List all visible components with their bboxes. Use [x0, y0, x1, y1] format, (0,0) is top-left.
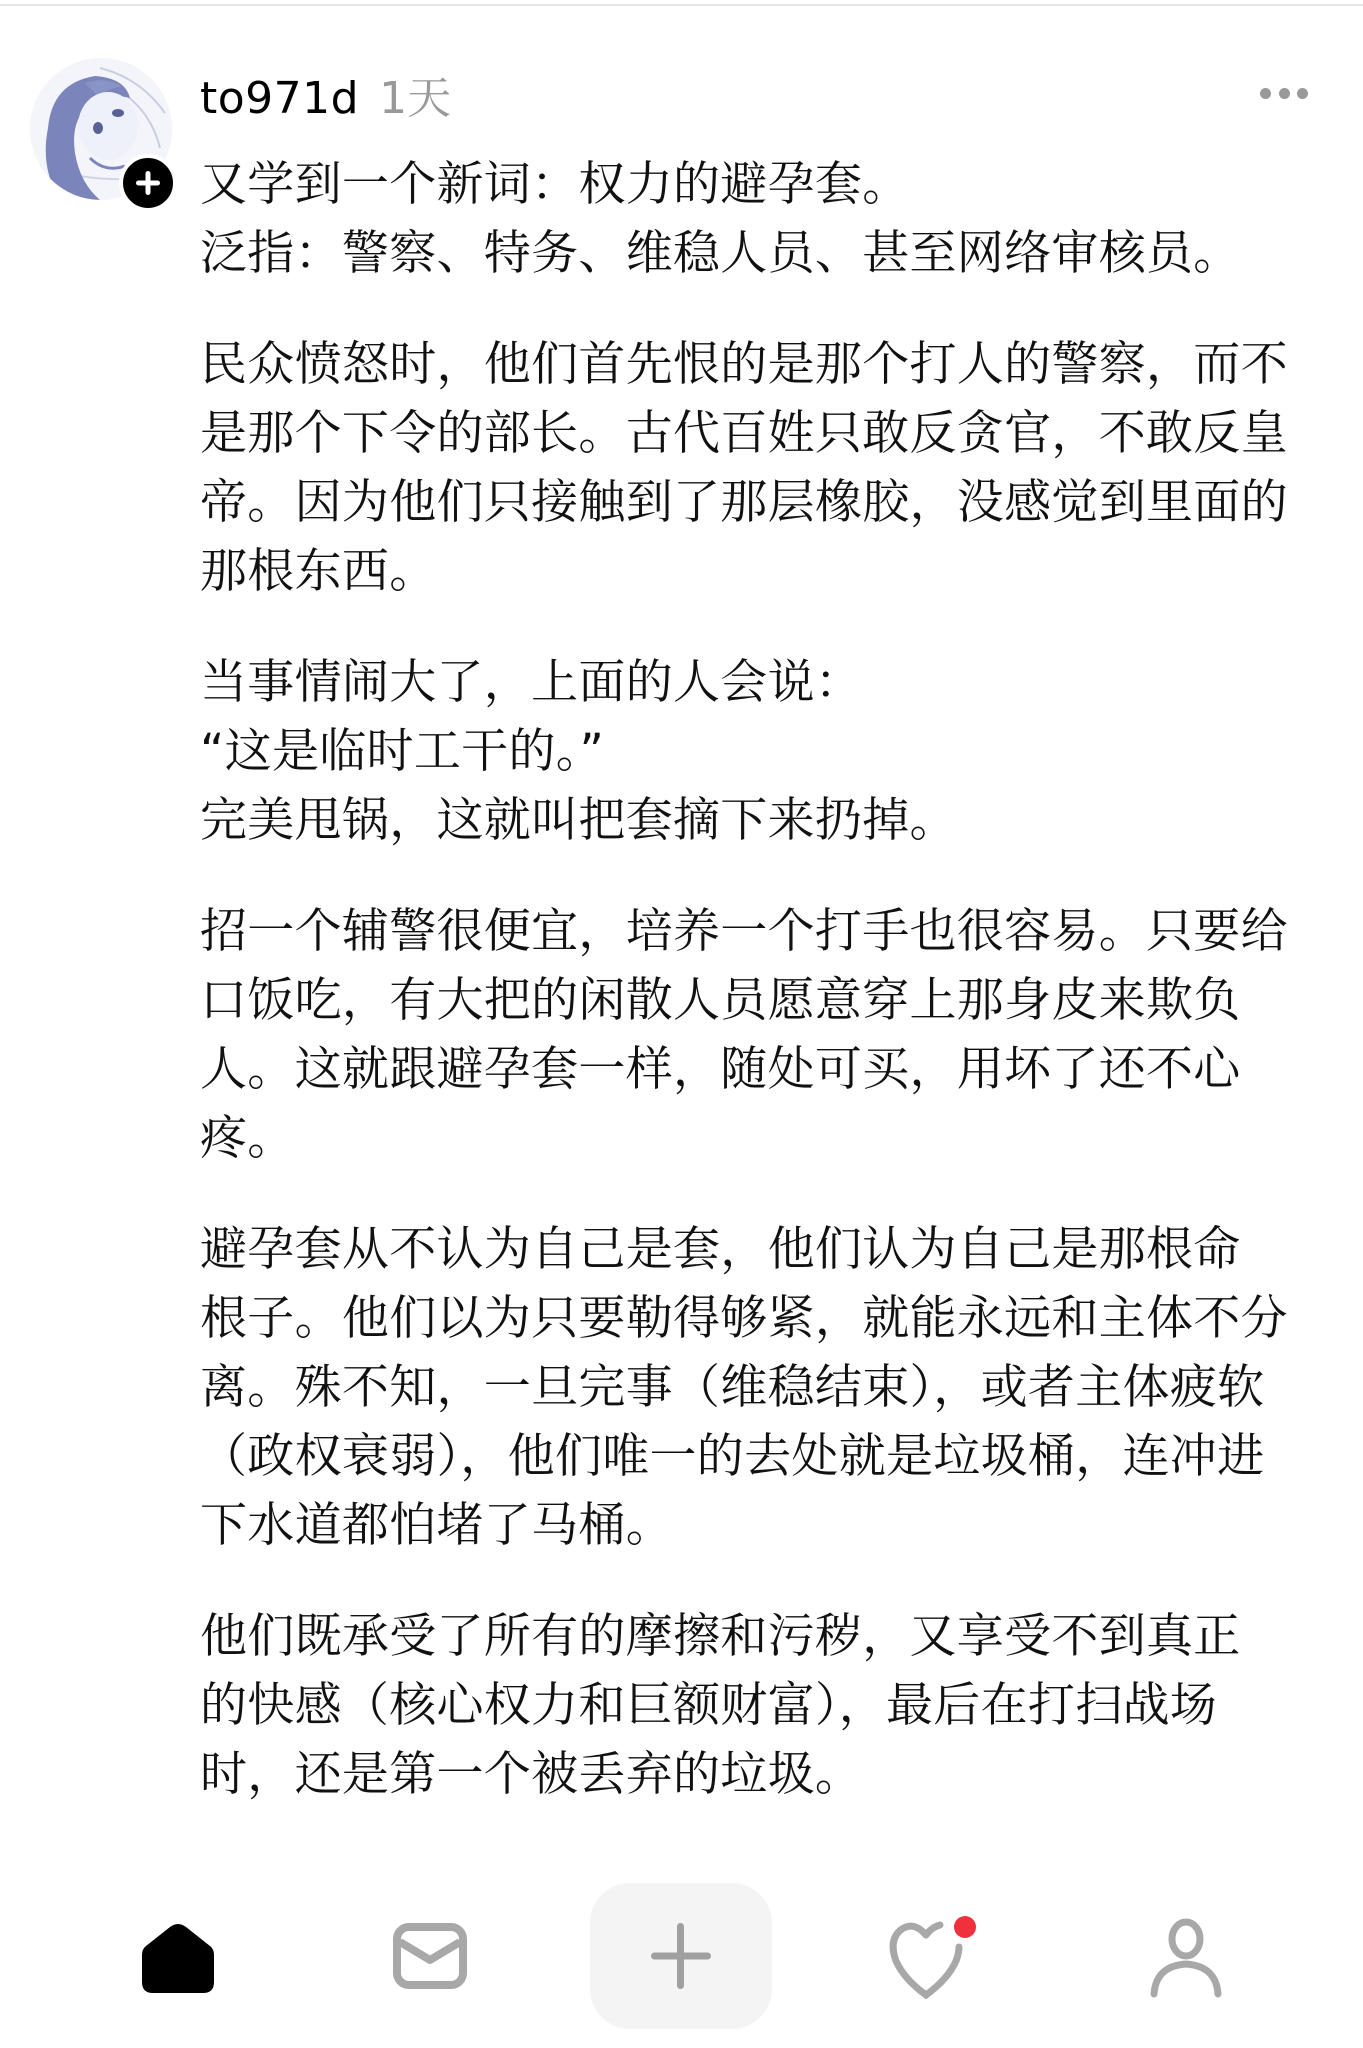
- text-line: （政权衰弱），他们唯一的去处就是垃圾桶，连冲进: [200, 1422, 1330, 1491]
- more-dot: [1297, 88, 1308, 99]
- plus-icon: [133, 168, 163, 198]
- paragraph: 他们既承受了所有的摩擦和污秽，又享受不到真正 的快感（核心权力和巨额财富），最后…: [200, 1602, 1330, 1809]
- nav-messages-button[interactable]: [380, 1908, 480, 2008]
- text-line: 人。这就跟避孕套一样，随处可买，用坏了还不心: [200, 1035, 1330, 1104]
- more-options-button[interactable]: [1252, 78, 1316, 108]
- text-line: 是那个下令的部长。古代百姓只敢反贪官，不敢反皇: [200, 399, 1330, 468]
- text-line: 泛指：警察、特务、维稳人员、甚至网络审核员。: [200, 219, 1330, 288]
- post-timestamp: 1天: [379, 62, 451, 126]
- post-body: 又学到一个新词：权力的避孕套。 泛指：警察、特务、维稳人员、甚至网络审核员。 民…: [200, 150, 1330, 1851]
- text-line: 那根东西。: [200, 537, 1330, 606]
- plus-icon: [651, 1921, 711, 1991]
- paragraph: 招一个辅警很便宜，培养一个打手也很容易。只要给 口饭吃，有大把的闲散人员愿意穿上…: [200, 897, 1330, 1173]
- nav-home-button[interactable]: [128, 1908, 228, 2008]
- paragraph: 当事情闹大了，上面的人会说： “这是临时工干的。” 完美甩锅，这就叫把套摘下来扔…: [200, 648, 1330, 855]
- nav-profile-button[interactable]: [1136, 1908, 1236, 2008]
- person-icon: [1146, 1918, 1226, 1998]
- text-line: 又学到一个新词：权力的避孕套。: [200, 150, 1330, 219]
- more-horizontal-icon: [1260, 88, 1271, 99]
- text-line: “这是临时工干的。”: [200, 717, 1330, 786]
- text-line: 口饭吃，有大把的闲散人员愿意穿上那身皮来欺负: [200, 966, 1330, 1035]
- text-line: 他们既承受了所有的摩擦和污秽，又享受不到真正: [200, 1602, 1330, 1671]
- paragraph: 又学到一个新词：权力的避孕套。 泛指：警察、特务、维稳人员、甚至网络审核员。: [200, 150, 1330, 288]
- text-line: 避孕套从不认为自己是套，他们认为自己是那根命: [200, 1215, 1330, 1284]
- follow-button[interactable]: [119, 154, 177, 212]
- text-line: 完美甩锅，这就叫把套摘下来扔掉。: [200, 786, 1330, 855]
- heart-icon: [884, 1913, 980, 2003]
- text-line: 根子。他们以为只要勒得够紧，就能永远和主体不分: [200, 1284, 1330, 1353]
- notification-dot: [954, 1916, 976, 1938]
- text-line: 帝。因为他们只接触到了那层橡胶，没感觉到里面的: [200, 468, 1330, 537]
- bottom-nav: [0, 1880, 1363, 2048]
- text-line: 时，还是第一个被丢弃的垃圾。: [200, 1740, 1330, 1809]
- author-username[interactable]: to971d: [200, 73, 359, 124]
- text-line: 招一个辅警很便宜，培养一个打手也很容易。只要给: [200, 897, 1330, 966]
- nav-create-button[interactable]: [590, 1883, 772, 2029]
- home-icon: [140, 1920, 216, 1996]
- paragraph: 避孕套从不认为自己是套，他们认为自己是那根命 根子。他们以为只要勒得够紧，就能永…: [200, 1215, 1330, 1560]
- paragraph: 民众愤怒时，他们首先恨的是那个打人的警察，而不 是那个下令的部长。古代百姓只敢反…: [200, 330, 1330, 606]
- text-line: 的快感（核心权力和巨额财富），最后在打扫战场: [200, 1671, 1330, 1740]
- text-line: 民众愤怒时，他们首先恨的是那个打人的警察，而不: [200, 330, 1330, 399]
- top-divider: [0, 4, 1363, 6]
- text-line: 下水道都怕堵了马桶。: [200, 1491, 1330, 1560]
- text-line: 疼。: [200, 1104, 1330, 1173]
- text-line: 离。殊不知，一旦完事（维稳结束），或者主体疲软: [200, 1353, 1330, 1422]
- post-header: to971d 1天: [200, 62, 451, 122]
- mail-icon: [392, 1922, 468, 1994]
- text-line: 当事情闹大了，上面的人会说：: [200, 648, 1330, 717]
- nav-activity-button[interactable]: [882, 1908, 982, 2008]
- more-dot: [1279, 88, 1290, 99]
